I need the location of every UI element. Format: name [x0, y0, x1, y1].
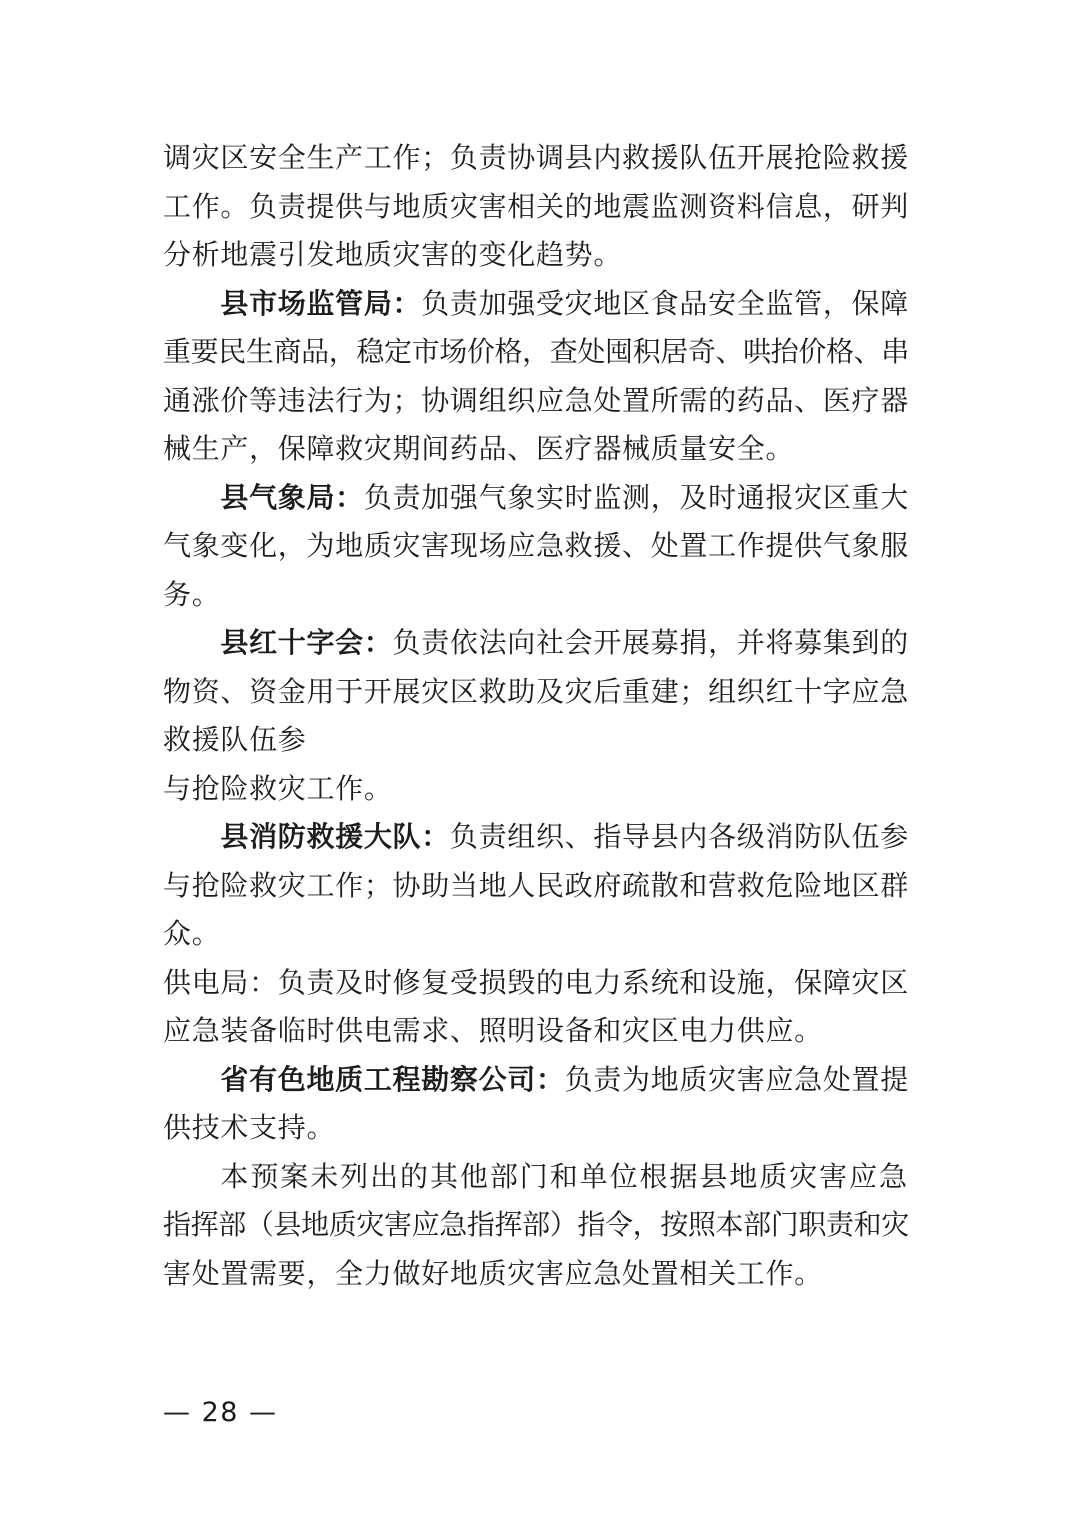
paragraph-provincial-nonferrous-geological-survey-company: 省有色地质工程勘察公司：负责为地质灾害应急处置提供技术支持。	[163, 1057, 909, 1154]
text-line: 调灾区安全生产工作；负责协调县内救援队伍开展抢险救援	[163, 135, 909, 184]
text-line: 众。	[163, 911, 909, 960]
text-line: 与抢险救灾工作；协助当地人民政府疏散和营救危险地区群	[163, 863, 909, 912]
paragraph-other-departments-clause: 本预案未列出的其他部门和单位根据县地质灾害应急指挥部（县地质灾害应急指挥部）指令…	[163, 1154, 909, 1300]
text-line: 省有色地质工程勘察公司：负责为地质灾害应急处置提	[163, 1057, 909, 1106]
text-line: 害处置需要，全力做好地质灾害应急处置相关工作。	[163, 1251, 909, 1300]
text-line: 指挥部（县地质灾害应急指挥部）指令，按照本部门职责和灾	[163, 1202, 909, 1251]
paragraph-county-red-cross: 县红十字会：负责依法向社会开展募捐，并将募集到的物资、资金用于开展灾区救助及灾后…	[163, 620, 909, 814]
text-line: 械生产，保障救灾期间药品、医疗器械质量安全。	[163, 426, 909, 475]
text-line: 物资、资金用于开展灾区救助及灾后重建；组织红十字应急	[163, 669, 909, 718]
paragraph-county-fire-rescue-brigade: 县消防救援大队：负责组织、指导县内各级消防队伍参与抢险救灾工作；协助当地人民政府…	[163, 814, 909, 960]
text-line: 本预案未列出的其他部门和单位根据县地质灾害应急	[163, 1154, 909, 1203]
text-line: 重要民生商品，稳定市场价格，查处囤积居奇、哄抬价格、串	[163, 329, 909, 378]
paragraph-seismic-continuation: 调灾区安全生产工作；负责协调县内救援队伍开展抢险救援工作。负责提供与地质灾害相关…	[163, 135, 909, 281]
text-line: 县气象局：负责加强气象实时监测，及时通报灾区重大	[163, 475, 909, 524]
text-line: 县红十字会：负责依法向社会开展募捐，并将募集到的	[163, 620, 909, 669]
text-line: 通涨价等违法行为；协调组织应急处置所需的药品、医疗器	[163, 378, 909, 427]
text-line: 县消防救援大队：负责组织、指导县内各级消防队伍参	[163, 814, 909, 863]
text-line: 县市场监管局：负责加强受灾地区食品安全监管，保障	[163, 281, 909, 330]
text-line: 工作。负责提供与地质灾害相关的地震监测资料信息，研判	[163, 184, 909, 233]
text-line: 务。	[163, 572, 909, 621]
paragraph-county-market-regulation-bureau: 县市场监管局：负责加强受灾地区食品安全监管，保障重要民生商品，稳定市场价格，查处…	[163, 281, 909, 475]
text-line: 供电局：负责及时修复受损毁的电力系统和设施，保障灾区	[163, 960, 909, 1009]
text-line: 供技术支持。	[163, 1105, 909, 1154]
text-line: 分析地震引发地质灾害的变化趋势。	[163, 232, 909, 281]
document-page: 调灾区安全生产工作；负责协调县内救援队伍开展抢险救援工作。负责提供与地质灾害相关…	[0, 0, 1074, 1520]
paragraph-county-meteorological-bureau: 县气象局：负责加强气象实时监测，及时通报灾区重大气象变化，为地质灾害现场应急救援…	[163, 475, 909, 621]
document-content: 调灾区安全生产工作；负责协调县内救援队伍开展抢险救援工作。负责提供与地质灾害相关…	[163, 135, 909, 1299]
text-line: 救援队伍参	[163, 717, 909, 766]
text-line: 气象变化，为地质灾害现场应急救援、处置工作提供气象服	[163, 523, 909, 572]
text-line: 应急装备临时供电需求、照明设备和灾区电力供应。	[163, 1008, 909, 1057]
paragraph-power-supply-bureau: 供电局：负责及时修复受损毁的电力系统和设施，保障灾区应急装备临时供电需求、照明设…	[163, 960, 909, 1057]
text-line: 与抢险救灾工作。	[163, 766, 909, 815]
page-number: — 28 —	[163, 1398, 278, 1428]
